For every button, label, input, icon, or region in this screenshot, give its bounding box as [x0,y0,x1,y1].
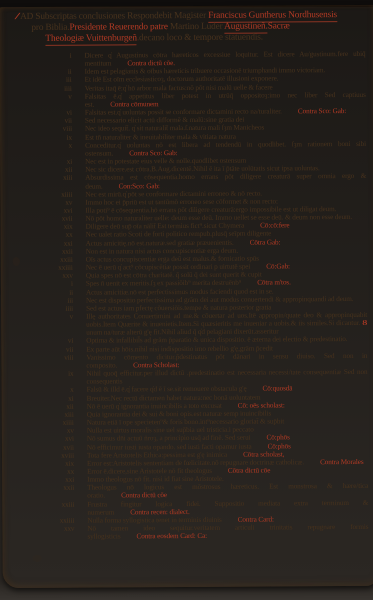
contra-citation: Contra Scholast: [133,361,179,369]
thesis-text: Dicere q̓ Augustinus cōtra hæreticos exc… [85,50,366,68]
thesis-number: xv [30,427,74,435]
paper-stain [13,257,20,266]
thesis-number: ii [29,288,73,296]
contra-citation: Contra dictū cōe. [127,59,175,67]
thesis-text-segment: Conceditur.q̓ uoluntas nō est libera ad … [85,140,366,158]
thesis-text: Theologus nō logicus est mōstrosus hæret… [87,482,368,500]
thesis-number: viii [29,353,73,370]
contra-citation: Contra Sco: Gab: [129,149,177,157]
thesis-row: xxiiiFrustra fingitur logica fidei. Supp… [30,498,368,516]
thesis-number: xi [28,158,72,166]
thesis-text-segment: Nihil quoq̄ efficitur.per illud dictū .p… [86,368,367,386]
thesis-number: ix [28,133,72,141]
thesis-text: Illę authoritates Conuertimini ad me.& c… [86,311,367,337]
thesis-number: xxv [29,272,73,280]
contra-citation: Contra Morales [320,458,364,466]
thesis-number: i [28,52,72,69]
thesis-number: vi [28,109,72,117]
document-page: //AD Subscriptas conclusiones Respondebi… [0,5,373,588]
rubric-mark: // [13,12,19,23]
theses-list: iDicere q̓ Augustinus cōtra hæreticos ex… [0,50,373,542]
contra-citation: Cō:quosdā [262,385,292,393]
thesis-row: ixNihil quoq̄ efficitur.per illud dictū … [29,368,367,386]
screenshot-root: { "colors":{"paper":"#d9c8a1","ink":"#47… [0,0,373,600]
thesis-number: vi [29,337,73,345]
thesis-row: xiiiAbsurdissima est cōsequentia.homo er… [28,172,366,190]
contra-citation: Cōtra Gab: [250,238,281,246]
header-text: AD Subscriptas conclusiones Respondebit … [20,11,208,22]
thesis-number: xii [28,166,72,174]
rubric-mark: Ȣ [362,319,367,327]
thesis-row: xxvNō tamen ideo sequitur.veritatem arti… [30,523,368,541]
thesis-number: v [28,92,72,109]
contra-citation: Cōtra m'tos. [257,279,291,287]
contra-citation: Cōtra dictū cōe [228,466,270,474]
thesis-number: vii [29,345,73,353]
thesis-number: xiiii [30,419,74,427]
thesis-row: vIllę authoritates Conuertimini ad me.& … [29,311,367,338]
header-line: Theologiæ Vuittenburgeñ.decano loco & te… [15,32,367,45]
thesis-number: xxiii [30,500,74,517]
thesis-text: Vanissimo cōmento dicitur.p̄destinatus p… [86,352,367,370]
thesis-number: xiii [28,174,72,191]
thesis-number: x [28,141,72,158]
thesis-number: xxi [30,476,74,484]
thesis-number: iii [29,296,73,304]
header-text: .decano loco & tempore statuendis. [137,33,263,44]
paper-stain [33,555,42,562]
contra-citation: Contra Card: [238,515,274,523]
thesis-number: iiii [29,305,73,313]
thesis-text: Absurdissima est cōsequentia.homo errans… [85,172,366,190]
thesis-number: iiii [28,84,72,92]
thesis-row: viiiVanissimo cōmento dicitur.p̄destinat… [29,352,367,370]
thesis-number: xxiiii [30,517,74,525]
thesis-text: Falsitas ē.q̓ appetitus liber potest in … [85,91,366,109]
thesis-text-segment: Vanissimo cōmento dicitur.p̄destinatus p… [86,352,367,370]
thesis-number: xvi [28,207,72,215]
thesis-number: xvii [28,215,72,223]
thesis-number: i [29,280,73,288]
contra-citation: Contra dictū cōe [121,492,167,500]
header-text: Martino Luder [170,22,224,32]
thesis-number: xxv [30,525,74,542]
title-block: //AD Subscriptas conclusiones Respondebi… [0,5,373,45]
thesis-text: Nō tamen ideo sequitur.veritatem articul… [87,523,368,541]
contra-citation: Contra cōmunem [110,100,158,108]
thesis-number: vii [28,117,72,125]
contra-citation: Cō:Gab: [266,262,290,270]
thesis-number: xx [30,468,74,476]
thesis-number: iii [28,76,72,84]
contra-citation: Contra Sco: Gab: [298,107,346,115]
thesis-number: ii [28,68,72,76]
thesis-number: xii [30,402,74,410]
thesis-row: vFalsitas ē.q̓ appetitus liber potest in… [28,91,366,109]
thesis-number: xi [30,394,74,402]
contra-citation: Contra eosdem Card: Ca: [136,532,207,540]
contra-citation: Cō: oēs scholast: [238,401,285,409]
contra-citation: Cō:cō:fere [260,222,289,230]
thesis-number: ix [29,370,73,387]
thesis-number: v [29,313,73,338]
thesis-number: xviii [30,451,74,459]
thesis-number: xxii [30,484,74,501]
thesis-number: xxi [29,239,73,247]
thesis-number: xvi [30,435,74,443]
thesis-text: Conceditur.q̓ uoluntas nō est libera ad … [85,140,366,158]
thesis-row: xConceditur.q̓ uoluntas nō est libera ad… [28,140,366,158]
contra-citation: Cō:phōs [268,442,291,450]
thesis-number: xx [29,231,73,239]
contra-citation: Cōtra scholast, [243,450,284,458]
thesis-number: xxiii [29,256,73,264]
contra-citation: Cō:phōs [266,434,289,442]
header-text: pro Biblia. [31,23,69,33]
rubricated-text: Presidente Reuerendo patre [69,22,170,33]
thesis-number: xix [29,223,73,231]
thesis-number: x [30,386,74,394]
thesis-number: xvii [30,443,74,451]
thesis-number: xiii [30,411,74,419]
contra-citation: Con:Sco: Gab: [119,182,160,190]
thesis-number: xxiiii [29,264,73,272]
thesis-text: Frustra fingitur logica fidei. Suppositi… [87,498,368,516]
thesis-number: xv [28,199,72,207]
rubricated-name: Theologiæ Vuittenburgeñ [45,33,137,45]
thesis-row: xxiiTheologus nō logicus est mōstrosus h… [30,482,368,500]
rubricated-text: Sacræ [268,21,290,31]
thesis-number: xix [30,460,74,468]
thesis-text-segment: Nō tamen ideo sequitur.veritatem articul… [87,523,368,541]
thesis-number: xiiii [28,190,72,198]
thesis-number: xxii [29,247,73,255]
rubricated-name: Augustineñ. [224,22,268,34]
thesis-number: viii [28,125,72,133]
thesis-text-segment: Illę authoritates Conuertimini ad me.& c… [86,311,367,329]
thesis-text: Nihil quoq̄ efficitur.per illud dictū .p… [86,368,367,386]
contra-citation: Contra recen: dialect. [130,508,190,516]
